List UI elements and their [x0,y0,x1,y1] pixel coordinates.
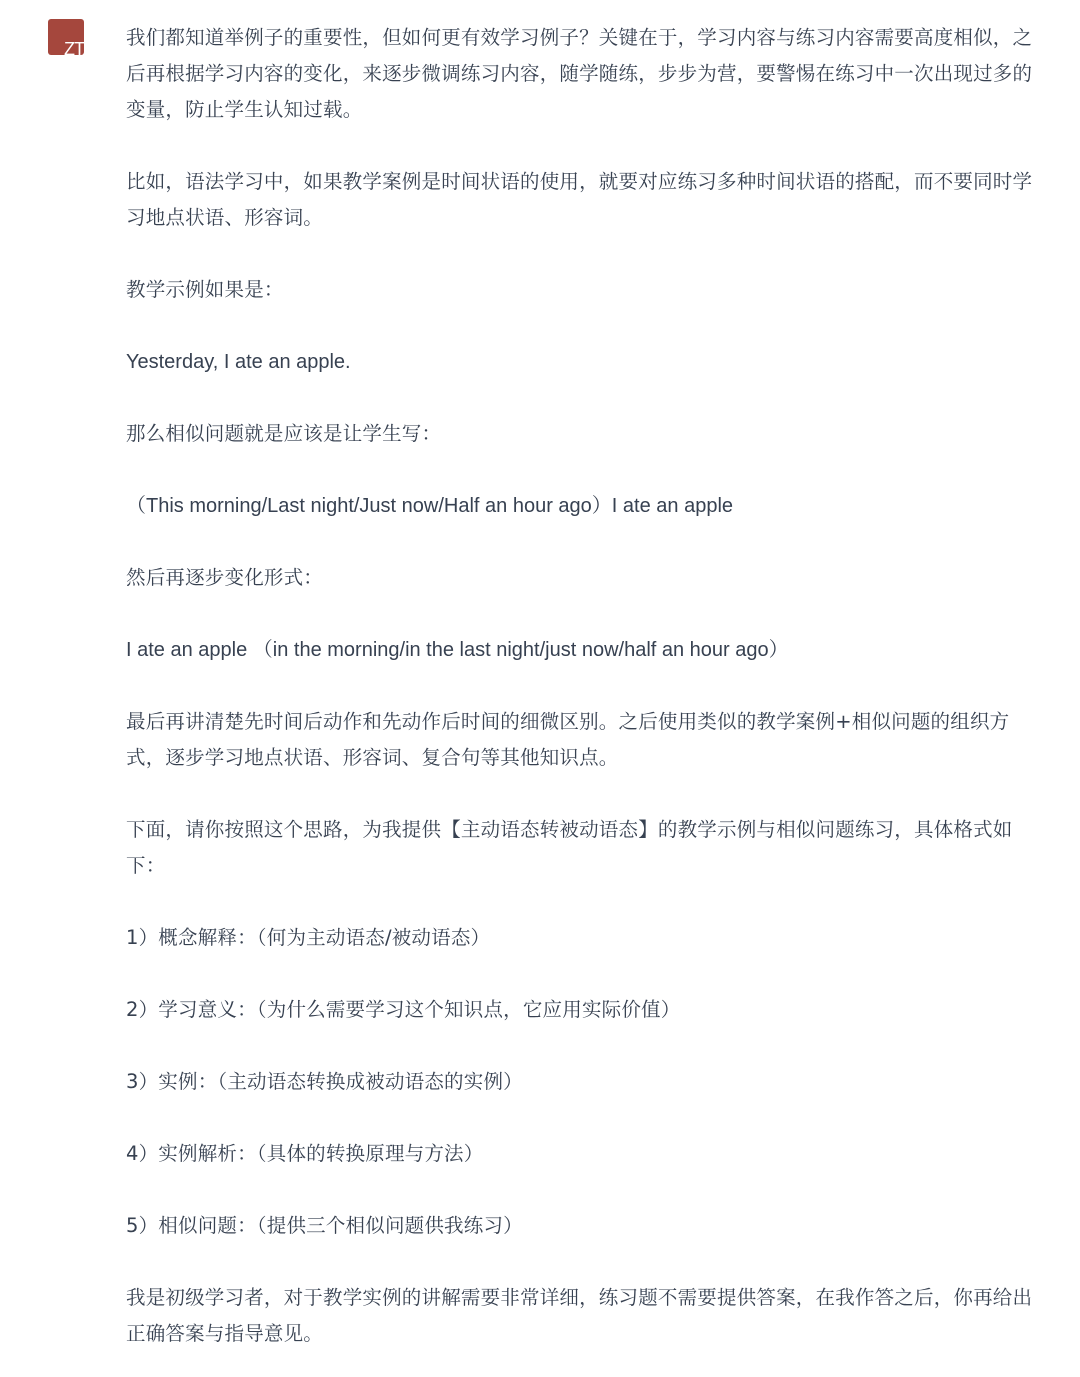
user-avatar: ZT [48,19,84,55]
avatar-initials: ZT [64,39,84,55]
message-paragraph-similar-sentence: （This morning/Last night/Just now/Half a… [126,488,1046,524]
message-paragraph-request: 下面，请你按照这个思路，为我提供【主动语态转被动语态】的教学示例与相似问题练习，… [126,812,1046,884]
message-list-item-1: 1）概念解释：（何为主动语态/被动语态） [126,920,1046,956]
message-paragraph-example-label: 教学示例如果是： [126,272,1046,308]
message-list-item-4: 4）实例解析：（具体的转换原理与方法） [126,1136,1046,1172]
message-paragraph-variation-label: 然后再逐步变化形式： [126,560,1046,596]
message-list-item-2: 2）学习意义：（为什么需要学习这个知识点，它应用实际价值） [126,992,1046,1028]
message-paragraph-example-grammar: 比如，语法学习中，如果教学案例是时间状语的使用，就要对应练习多种时间状语的搭配，… [126,164,1046,236]
message-paragraph-similar-label: 那么相似问题就是应该是让学生写： [126,416,1046,452]
message-paragraph-closing: 我是初级学习者，对于教学实例的讲解需要非常详细，练习题不需要提供答案，在我作答之… [126,1280,1046,1352]
message-list-item-3: 3）实例：（主动语态转换成被动语态的实例） [126,1064,1046,1100]
message-body: 我们都知道举例子的重要性，但如何更有效学习例子？关键在于，学习内容与练习内容需要… [126,20,1046,1352]
message-paragraph-intro: 我们都知道举例子的重要性，但如何更有效学习例子？关键在于，学习内容与练习内容需要… [126,20,1046,128]
message-paragraph-variation-sentence: I ate an apple （in the morning/in the la… [126,632,1046,668]
message-list-item-5: 5）相似问题：（提供三个相似问题供我练习） [126,1208,1046,1244]
message-paragraph-summary: 最后再讲清楚先时间后动作和先动作后时间的细微区别。之后使用类似的教学案例+相似问… [126,704,1046,776]
message-paragraph-example-sentence: Yesterday, I ate an apple. [126,344,1046,380]
